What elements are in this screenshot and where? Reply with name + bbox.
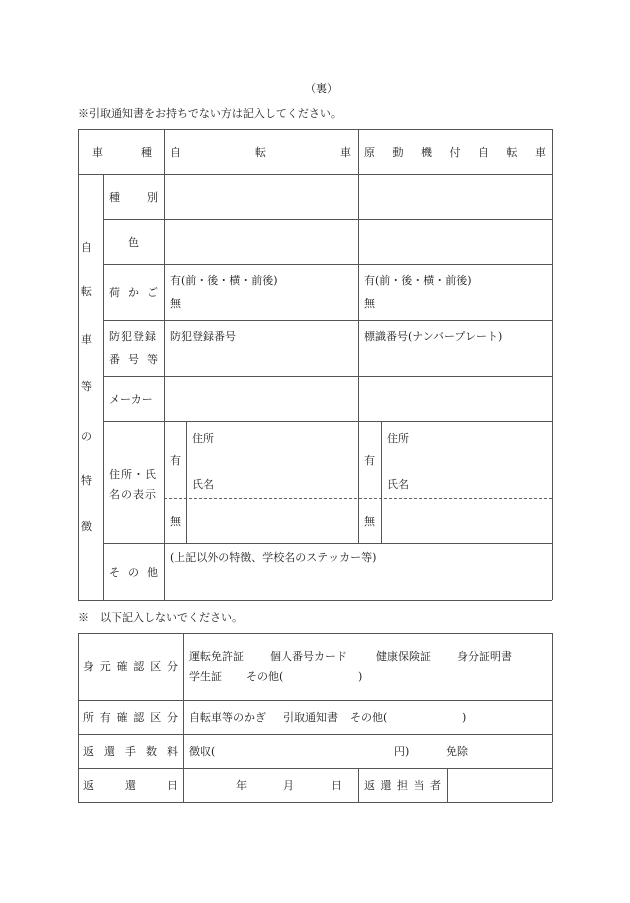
note-bottom: ※ 以下記入しないでください。 — [78, 611, 243, 624]
identity-option-id-certificate[interactable]: 身分証明書 — [457, 650, 512, 663]
identity-option-my-number-card[interactable]: 個人番号カード — [270, 650, 347, 663]
fee-collect-option[interactable]: 徴収( — [189, 745, 215, 758]
fee-yen-label: 円) — [394, 745, 409, 758]
ownership-option-other-close: ) — [462, 711, 466, 724]
registration-moped-field[interactable]: 標識番号(ナンバープレート) — [364, 330, 502, 343]
basket-moped-no-option[interactable]: 無 — [364, 297, 375, 310]
ownership-option-key[interactable]: 自転車等のかぎ — [189, 711, 266, 724]
row-label-registration-line2: 番 号 等 — [109, 353, 158, 366]
return-date-day: 日 — [331, 779, 342, 792]
name-display-moped-address-label: 住所 — [387, 432, 409, 445]
return-date-year: 年 — [236, 779, 247, 792]
other-features-field[interactable]: (上記以外の特徴、学校名のステッカー等) — [170, 551, 376, 564]
row-label-maker: メーカー — [109, 393, 153, 406]
ownership-option-other[interactable]: その他( — [350, 711, 387, 724]
return-date-label: 返 還 日 — [83, 779, 178, 792]
name-display-bicycle-name-label: 氏名 — [192, 478, 214, 491]
color-bicycle-field[interactable] — [165, 220, 358, 264]
page-side-label: （裏） — [305, 82, 338, 95]
return-staff-field[interactable] — [448, 769, 552, 802]
identity-check-label: 身 元 確 認 区 分 — [83, 660, 178, 673]
type-bicycle-field[interactable] — [165, 175, 358, 219]
name-display-moped-no[interactable]: 無 — [364, 515, 375, 528]
name-display-bicycle-address-label: 住所 — [192, 432, 214, 445]
basket-bicycle-yes-option[interactable]: 有(前・後・横・前後) — [170, 274, 278, 287]
ownership-check-label: 所 有 確 認 区 分 — [83, 711, 178, 724]
name-display-bicycle-yes[interactable]: 有 — [170, 454, 181, 467]
note-top: ※引取通知書をお持ちでない方は記入してください。 — [78, 107, 342, 120]
row-label-name-display-line2: 名の表示 — [109, 488, 157, 501]
row-label-name-display-line1: 住所・氏 — [109, 468, 157, 481]
identity-option-student-id[interactable]: 学生証 — [189, 670, 222, 683]
return-staff-label: 返 還 担 当 者 — [364, 779, 441, 792]
maker-moped-field[interactable] — [359, 377, 552, 421]
row-label-registration-line1: 防犯登録 — [109, 330, 157, 343]
return-date-month: 月 — [283, 779, 294, 792]
return-fee-label: 返 還 手 数 料 — [83, 745, 178, 758]
header-bicycle: 自 転 車 — [170, 146, 351, 159]
identity-option-other[interactable]: その他( — [246, 670, 283, 683]
basket-bicycle-no-option[interactable]: 無 — [170, 297, 181, 310]
ownership-option-notice[interactable]: 引取通知書 — [283, 711, 338, 724]
type-moped-field[interactable] — [359, 175, 552, 219]
row-label-basket: 荷 か ご — [109, 286, 158, 299]
name-display-bicycle-no[interactable]: 無 — [170, 515, 181, 528]
identity-option-health-insurance[interactable]: 健康保険証 — [376, 650, 431, 663]
identity-option-other-close: ) — [358, 670, 362, 683]
fee-exempt-option[interactable]: 免除 — [446, 745, 468, 758]
row-label-other: そ の 他 — [109, 566, 158, 579]
maker-bicycle-field[interactable] — [165, 377, 358, 421]
name-display-moped-yes[interactable]: 有 — [364, 454, 375, 467]
header-moped: 原 動 機 付 自 転 車 — [364, 146, 546, 159]
color-moped-field[interactable] — [359, 220, 552, 264]
identity-option-drivers-license[interactable]: 運転免許証 — [189, 650, 244, 663]
row-label-type: 種 別 — [109, 191, 158, 204]
row-label-color: 色 — [128, 236, 139, 249]
name-display-moped-name-label: 氏名 — [387, 478, 409, 491]
basket-moped-yes-option[interactable]: 有(前・後・横・前後) — [364, 274, 472, 287]
header-vehicle-type: 車 種 — [92, 146, 152, 159]
registration-bicycle-field[interactable]: 防犯登録番号 — [170, 330, 236, 343]
